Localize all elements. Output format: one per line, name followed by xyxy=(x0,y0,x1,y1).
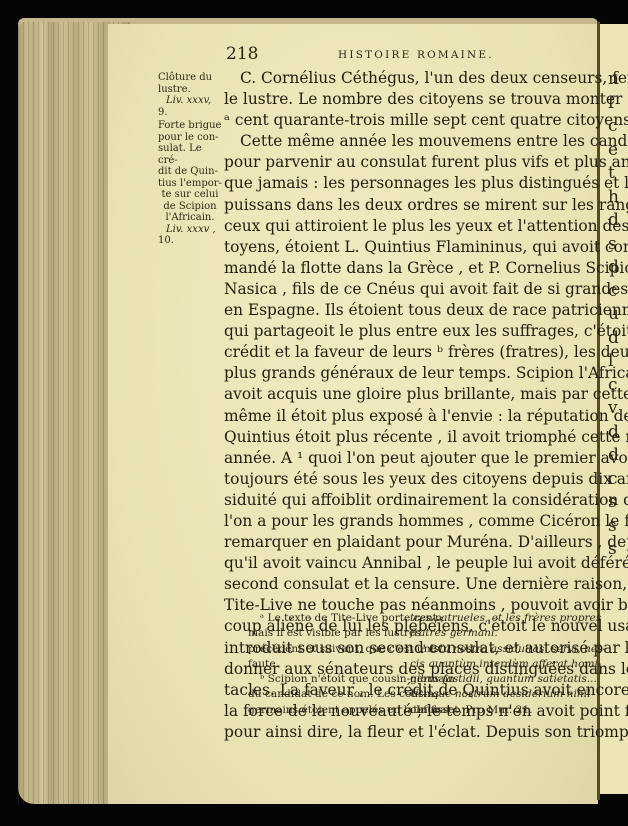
margin-line: l'Africain. xyxy=(158,212,222,224)
text-line: ceux qui attiroient le plus les yeux et … xyxy=(224,216,584,237)
text-line: avoit acquis une gloire plus brillante, … xyxy=(224,384,584,405)
marginal-note-cloture: Clôture du lustre. Liv. xxxv, 9. xyxy=(158,72,222,118)
margin-line: sulat. Le cré- xyxy=(158,143,222,166)
text-line: qu'il avoit vaincu Annibal , le peuple l… xyxy=(224,553,584,574)
text-line: même il étoit plus exposé à l'envie : la… xyxy=(224,406,584,427)
text-line: mandé la flotte dans la Grèce , et P. Co… xyxy=(224,258,584,279)
page-header: 218 HISTOIRE ROMAINE. xyxy=(226,44,596,64)
text-line: Quintius étoit plus récente , il avoit t… xyxy=(224,427,584,448)
text-line: l'on a pour les grands hommes , comme Ci… xyxy=(224,511,584,532)
margin-line: pour le con- xyxy=(158,132,222,144)
text-line: crédit et la faveur de leurs ᵇ frères (f… xyxy=(224,342,584,363)
margin-line: Liv. xxxv , xyxy=(158,224,222,236)
footnote-line: cis quantùm interdùm afferat homi- xyxy=(410,657,584,672)
margin-line: 9. xyxy=(158,107,222,119)
marginal-note-brigue: Forte brigue pour le con- sulat. Le cré-… xyxy=(158,120,222,247)
margin-line: tius l'empor- xyxy=(158,178,222,190)
margin-line: de Scipion xyxy=(158,201,222,213)
text-line: pour ainsi dire, la fleur et l'éclat. De… xyxy=(224,722,584,743)
margin-line: Clôture du xyxy=(158,72,222,84)
text-line: pour parvenir au consulat furent plus vi… xyxy=(224,152,584,173)
footnote-line: mais il est visible par les lustres xyxy=(248,626,402,641)
text-line: siduité qui affoiblit ordinairement la c… xyxy=(224,490,584,511)
text-line: Cette même année les mouvemens entre les… xyxy=(224,131,584,152)
text-line: toyens, étoient L. Quintius Flamininus, … xyxy=(224,237,584,258)
footnote-line: nibus fastidii, quantùm satietatis... xyxy=(410,672,584,687)
text-line: Nasica , fils de ce Cnéus qui avoit fait… xyxy=(224,279,584,300)
running-head: HISTOIRE ROMAINE. xyxy=(338,49,494,61)
footnote-line: précédent et suivant, que c'est une xyxy=(248,642,402,657)
footnote-line: tres patrueles, et les frères propres xyxy=(410,611,584,626)
footnotes-left: ᵃ Le texte de Tite-Live porte cent ;mais… xyxy=(248,611,402,718)
footnote-line: ᵃ Le texte de Tite-Live porte cent ; xyxy=(248,611,402,626)
footnote-line: ᵇ Scipion n'étoit que cousin-germain xyxy=(248,672,402,687)
footnote-line: du candidat de ce nom. Les cousins- xyxy=(248,687,402,702)
footnote-line: germains étoient appelés en latin fra- xyxy=(248,703,402,718)
footnote-line: ¹ Ista nostra assiduitas, servi, nes- xyxy=(410,642,584,657)
margin-line: lustre. xyxy=(158,84,222,96)
margin-line: Forte brigue xyxy=(158,120,222,132)
text-line: toujours été sous les yeux des citoyens … xyxy=(224,469,584,490)
text-line: qui partageoit le plus entre eux les suf… xyxy=(224,321,584,342)
text-line: second consulat et la censure. Une derni… xyxy=(224,574,584,595)
margin-line: te sur celui xyxy=(158,189,222,201)
text-line: année. A ¹ quoi l'on peut ajouter que le… xyxy=(224,448,584,469)
text-line: remarquer en plaidant pour Muréna. D'ail… xyxy=(224,532,584,553)
footnotes-right: tres patrueles, et les frères propresfra… xyxy=(410,611,584,718)
footnote-line: obfuisset. Pro Mur. 21. xyxy=(410,703,584,718)
page-number: 218 xyxy=(226,44,258,64)
text-line: ᵃ cent quarante-trois mille sept cent qu… xyxy=(224,110,584,131)
text-line: puissans dans les deux ordres se mirent … xyxy=(224,195,584,216)
text-line: plus grands généraux de leur temps. Scip… xyxy=(224,363,584,384)
footnote-line: faute. xyxy=(248,657,402,672)
footnote-line: Utrique nostrûm desiderium nihil xyxy=(410,687,584,702)
margin-line: 10. xyxy=(158,235,222,247)
text-line: que jamais : les personnages les plus di… xyxy=(224,173,584,194)
margin-line: dit de Quin- xyxy=(158,166,222,178)
margin-line: Liv. xxxv, xyxy=(158,95,222,107)
text-line: en Espagne. Ils étoient tous deux de rac… xyxy=(224,300,584,321)
footnote-line: fratres germani. xyxy=(410,626,584,641)
text-line: le lustre. Le nombre des citoyens se tro… xyxy=(224,89,584,110)
text-line: C. Cornélius Céthégus, l'un des deux cen… xyxy=(224,68,584,89)
